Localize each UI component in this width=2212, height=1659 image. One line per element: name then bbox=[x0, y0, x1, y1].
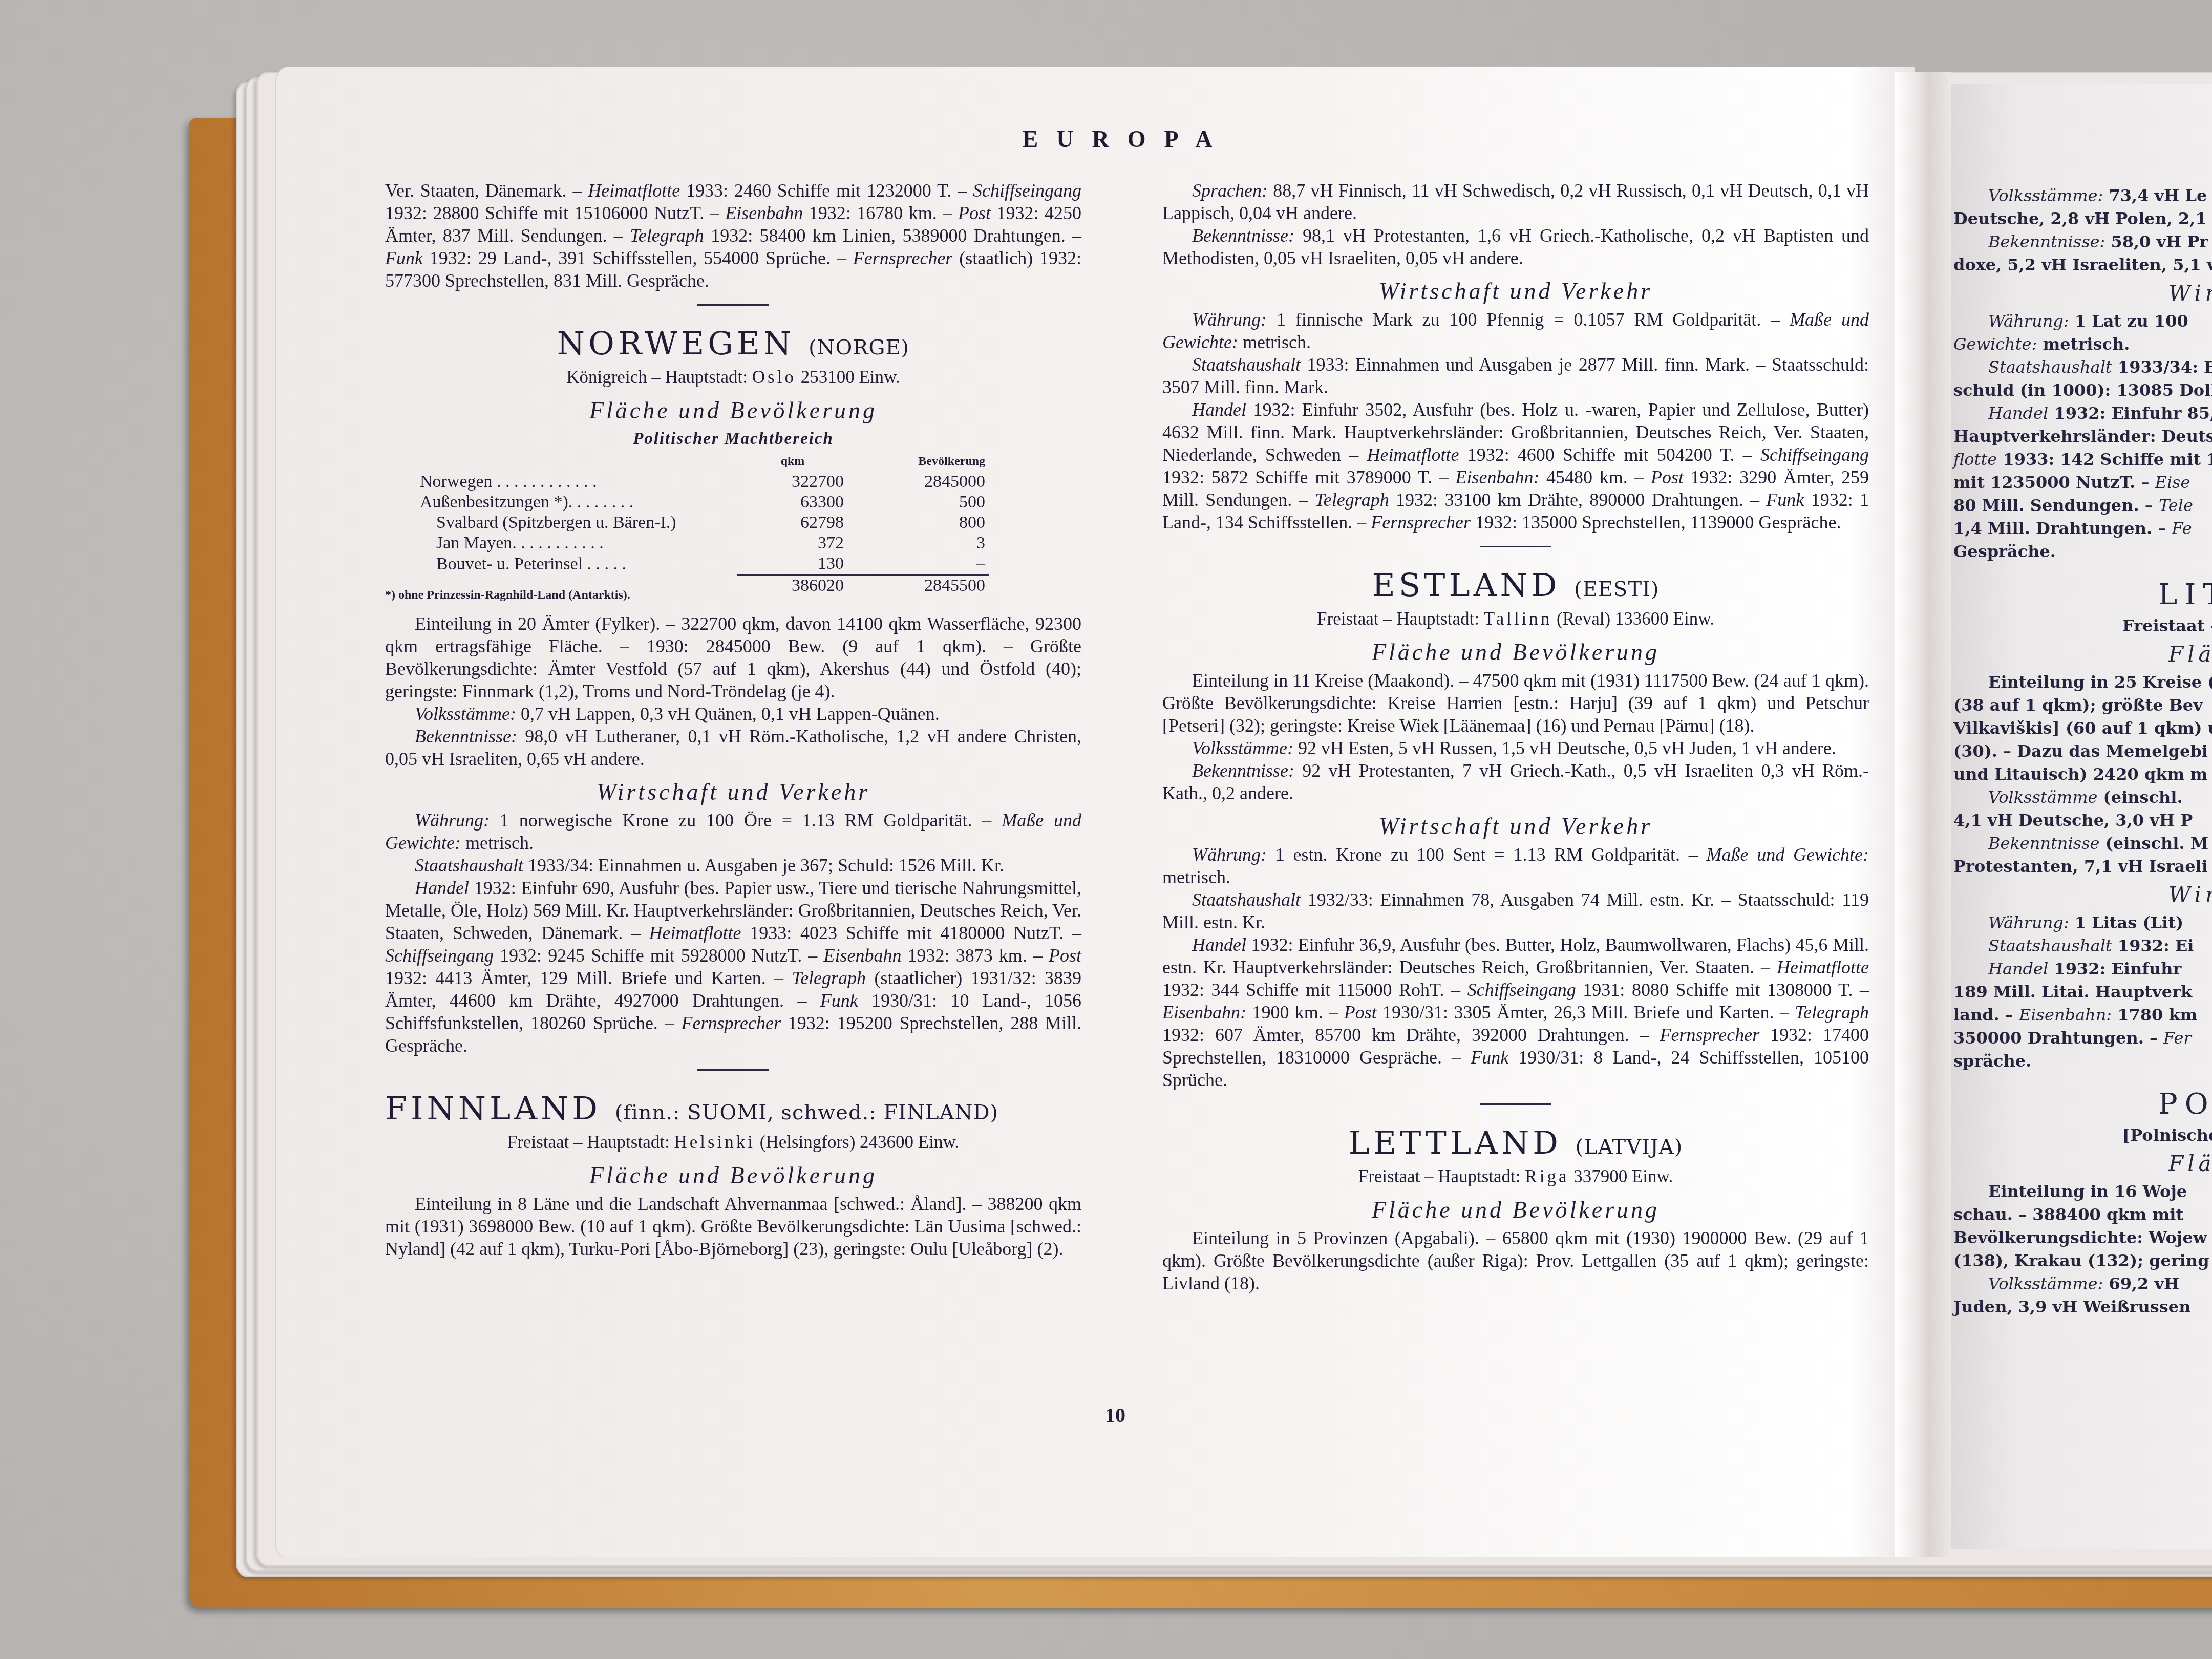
paragraph: Staatshaushalt 1933: Einnahmen und Ausga… bbox=[1162, 353, 1869, 398]
italic-term: Fernsprecher bbox=[1660, 1025, 1760, 1045]
italic-term: Post bbox=[958, 203, 991, 223]
text-line: Bekenntnisse (einschl. M bbox=[1953, 832, 2212, 855]
italic-term: Volksstämme bbox=[1988, 788, 2097, 807]
capital-name: Tallinn bbox=[1484, 609, 1552, 629]
italic-term: Eisenbahn bbox=[823, 945, 901, 966]
italic-term: Schiffseingang bbox=[1760, 444, 1869, 465]
italic-term: Funk bbox=[820, 990, 858, 1011]
capital-population: (Reval) 133600 Einw. bbox=[1552, 609, 1714, 629]
section-heading-area: Fläche und Bevölkerung bbox=[1162, 1196, 1869, 1224]
text-line: Juden, 3,9 vH Weißrussen bbox=[1953, 1295, 2212, 1318]
text-line: Bevölkerungsdichte: Wojew bbox=[1953, 1226, 2212, 1249]
italic-term: Funk bbox=[1471, 1047, 1508, 1068]
country-native-name: (LATVIJA) bbox=[1576, 1135, 1683, 1159]
text-line: Fläch bbox=[1953, 643, 2212, 666]
italic-term: Schiffseingang bbox=[385, 945, 494, 966]
table-cell: – bbox=[848, 554, 989, 575]
text-line: (30). – Dazu das Memelgebi bbox=[1953, 740, 2212, 763]
capital-population: 253100 Einw. bbox=[796, 367, 900, 387]
italic-term: Fernsprecher bbox=[1371, 512, 1471, 533]
book-gutter bbox=[1895, 72, 1951, 1557]
text-line: Fläc bbox=[1953, 1152, 2212, 1175]
italic-term: Staatshaushalt bbox=[1988, 936, 2112, 955]
table-cell: 500 bbox=[848, 492, 989, 513]
text-line: 1,4 Mill. Drahtungen. – Fe bbox=[1953, 517, 2212, 540]
italic-term: Fernsprecher bbox=[681, 1013, 781, 1033]
italic-term: Post bbox=[1049, 945, 1081, 966]
italic-term: flotte bbox=[1953, 450, 1997, 469]
italic-term: Handel bbox=[1192, 399, 1246, 420]
table-cell: 63300 bbox=[737, 492, 848, 513]
italic-term: Eisenbahn: bbox=[1162, 1002, 1246, 1023]
government-type: Königreich – Hauptstadt: bbox=[566, 367, 752, 387]
country-name: NORWEGEN bbox=[557, 325, 795, 362]
table-cell: Außenbesitzungen *). . . . . . . . bbox=[416, 492, 737, 513]
text-line: Staatshaushalt 1933/34: E bbox=[1953, 356, 2212, 379]
country-name: LETTLAND bbox=[1349, 1124, 1562, 1161]
text-line: Gespräche. bbox=[1953, 540, 2212, 563]
section-heading-area: Fläche und Bevölkerung bbox=[385, 1162, 1081, 1189]
paragraph: Handel 1932: Einfuhr 690, Ausfuhr (bes. … bbox=[385, 877, 1081, 1057]
text-line: Hauptverkehrsländer: Deutsc bbox=[1953, 425, 2212, 448]
section-heading-economy: Wirtschaft und Verkehr bbox=[1162, 813, 1869, 840]
country-name: FINNLAND bbox=[385, 1090, 601, 1127]
text-line: Staatshaushalt 1932: Ei bbox=[1953, 934, 2212, 958]
text-line: mit 1235000 NutzT. – Eise bbox=[1953, 471, 2212, 494]
italic-term: Telegraph bbox=[630, 225, 704, 246]
italic-term: Post bbox=[1651, 467, 1684, 487]
text-column-left: Ver. Staaten, Dänemark. – Heimatflotte 1… bbox=[385, 179, 1081, 1260]
table-row: Außenbesitzungen *). . . . . . . .633005… bbox=[416, 492, 989, 513]
running-head: EUROPA bbox=[993, 125, 1260, 153]
italic-term: Währung: bbox=[1988, 913, 2069, 932]
table-cell: Svalbard (Spitzbergen u. Bären-I.) bbox=[416, 513, 737, 533]
capital-name: Helsinki bbox=[674, 1132, 755, 1152]
text-line: LIT bbox=[1953, 579, 2212, 611]
economy-paragraphs: Währung: 1 estn. Krone zu 100 Sent = 1.1… bbox=[1162, 843, 1869, 1091]
subsection-heading: Politischer Machtbereich bbox=[385, 428, 1081, 450]
table-cell: 372 bbox=[737, 533, 848, 554]
section-heading-economy: Wirtschaft und Verkehr bbox=[385, 778, 1081, 806]
area-paragraphs: Einteilung in 5 Provinzen (Apgabali). – … bbox=[1162, 1227, 1869, 1294]
text-line: spräche. bbox=[1953, 1050, 2212, 1073]
page-number: 10 bbox=[1105, 1403, 1125, 1427]
italic-term: Staatshaushalt bbox=[1192, 354, 1301, 375]
italic-term: Währung: bbox=[415, 810, 490, 831]
italic-term: Staatshaushalt bbox=[1988, 357, 2112, 377]
italic-term: Handel bbox=[1988, 403, 2048, 423]
text-line: 4,1 vH Deutsche, 3,0 vH P bbox=[1953, 809, 2212, 832]
economy-paragraphs: Währung: 1 finnische Mark zu 100 Pfennig… bbox=[1162, 308, 1869, 534]
italic-term: Eise bbox=[2155, 473, 2190, 492]
text-line: Freistaat – H bbox=[1953, 614, 2212, 637]
italic-term: Eisenbahn: bbox=[2019, 1005, 2112, 1025]
italic-term: Währung: bbox=[1192, 309, 1267, 330]
table-row: Svalbard (Spitzbergen u. Bären-I.)627988… bbox=[416, 513, 989, 533]
italic-term: Maße und Gewichte: bbox=[385, 810, 1081, 853]
paragraph: Bekenntnisse: 98,1 vH Protestanten, 1,6 … bbox=[1162, 224, 1869, 269]
text-line: und Litauisch) 2420 qkm m bbox=[1953, 763, 2212, 786]
text-line: Protestanten, 7,1 vH Israeli bbox=[1953, 855, 2212, 878]
government-line: Freistaat – Hauptstadt: Riga 337900 Einw… bbox=[1162, 1165, 1869, 1188]
government-line: Freistaat – Hauptstadt: Tallinn (Reval) … bbox=[1162, 608, 1869, 630]
paragraph: Einteilung in 20 Ämter (Fylker). – 32270… bbox=[385, 612, 1081, 703]
italic-term: Bekenntnisse: bbox=[415, 726, 517, 747]
paragraph: Handel 1932: Einfuhr 36,9, Ausfuhr (bes.… bbox=[1162, 933, 1869, 1091]
italic-term: Volksstämme: bbox=[415, 704, 516, 724]
country-title-norwegen: NORWEGEN (NORGE) bbox=[385, 326, 1081, 365]
italic-term: Maße und Gewichte: bbox=[1162, 309, 1869, 352]
table-cell: 800 bbox=[848, 513, 989, 533]
italic-term: Währung: bbox=[1192, 844, 1267, 865]
table-row: Jan Mayen. . . . . . . . . . .3723 bbox=[416, 533, 989, 554]
section-divider bbox=[697, 304, 769, 306]
italic-term: Post bbox=[1344, 1002, 1377, 1023]
section-divider bbox=[1480, 546, 1551, 547]
capital-name: Riga bbox=[1525, 1166, 1569, 1186]
country-native-name: (NORGE) bbox=[809, 336, 909, 359]
section-heading-area: Fläche und Bevölkerung bbox=[1162, 639, 1869, 666]
table-header: Bevölkerung bbox=[848, 451, 989, 472]
italic-term: Funk bbox=[1766, 490, 1804, 510]
paragraph: Handel 1932: Einfuhr 3502, Ausfuhr (bes.… bbox=[1162, 398, 1869, 534]
text-line: POLEN bbox=[1953, 1088, 2212, 1121]
italic-term: Telegraph bbox=[1315, 490, 1389, 510]
text-line: Deutsche, 2,8 vH Polen, 2,1 v bbox=[1953, 207, 2212, 230]
table-cell: 2845000 bbox=[848, 472, 989, 492]
italic-term: Fer bbox=[2163, 1028, 2192, 1048]
italic-term: Maße und Gewichte: bbox=[1707, 844, 1869, 865]
italic-term: Heimatflotte bbox=[1367, 444, 1459, 465]
table-cell: 130 bbox=[737, 554, 848, 575]
italic-term: Telegraph bbox=[792, 968, 866, 988]
text-line: 350000 Drahtungen. – Fer bbox=[1953, 1027, 2212, 1050]
government-type: Freistaat – Hauptstadt: bbox=[507, 1132, 674, 1152]
text-line: doxe, 5,2 vH Israeliten, 5,1 v bbox=[1953, 253, 2212, 276]
country-name: ESTLAND bbox=[1372, 566, 1560, 604]
area-paragraphs: Einteilung in 20 Ämter (Fylker). – 32270… bbox=[385, 612, 1081, 770]
italic-term: Schiffseingang bbox=[1467, 980, 1576, 1000]
italic-term: Schiffseingang bbox=[973, 180, 1081, 201]
section-divider bbox=[1480, 1103, 1551, 1105]
italic-term: Staatshaushalt bbox=[415, 855, 523, 876]
italic-term: Gewichte: bbox=[1953, 334, 2037, 354]
paragraph: Volksstämme: 0,7 vH Lappen, 0,3 vH Quäne… bbox=[385, 703, 1081, 725]
area-paragraphs: Einteilung in 8 Läne und die Landschaft … bbox=[385, 1193, 1081, 1260]
italic-term: Fe bbox=[2172, 519, 2192, 538]
capital-name: Oslo bbox=[752, 367, 796, 387]
area-paragraphs: Einteilung in 11 Kreise (Maakond). – 475… bbox=[1162, 669, 1869, 804]
paragraph: Staatshaushalt 1932/33: Einnahmen 78, Au… bbox=[1162, 888, 1869, 933]
country-title-estland: ESTLAND (EESTI) bbox=[1162, 568, 1869, 607]
paragraph: Währung: 1 estn. Krone zu 100 Sent = 1.1… bbox=[1162, 843, 1869, 888]
italic-term: Bekenntnisse bbox=[1988, 834, 2099, 853]
table-row: Norwegen . . . . . . . . . . . .32270028… bbox=[416, 472, 989, 492]
italic-term: Fernsprecher bbox=[853, 248, 953, 268]
italic-term: Heimatflotte bbox=[1777, 957, 1869, 977]
table-cell: 62798 bbox=[737, 513, 848, 533]
finnland-continuation-paragraphs: Sprachen: 88,7 vH Finnisch, 11 vH Schwed… bbox=[1162, 179, 1869, 269]
capital-population: 337900 Einw. bbox=[1569, 1166, 1673, 1186]
italic-term: Bekenntnisse: bbox=[1192, 225, 1294, 246]
capital-population: (Helsingfors) 243600 Einw. bbox=[755, 1132, 959, 1152]
government-line: Königreich – Hauptstadt: Oslo 253100 Ein… bbox=[385, 366, 1081, 389]
table-header bbox=[416, 451, 737, 472]
text-line: Einteilung in 25 Kreise ( bbox=[1953, 671, 2212, 694]
italic-term: Volksstämme: bbox=[1988, 186, 2103, 205]
text-line: [Polnischer Freistaat] bbox=[1953, 1124, 2212, 1147]
paragraph: Währung: 1 norwegische Krone zu 100 Öre … bbox=[385, 809, 1081, 854]
italic-term: Volksstämme: bbox=[1192, 738, 1293, 758]
italic-term: Handel bbox=[1988, 959, 2048, 979]
paragraph: Einteilung in 5 Provinzen (Apgabali). – … bbox=[1162, 1227, 1869, 1294]
text-line: land. – Eisenbahn: 1780 km bbox=[1953, 1004, 2212, 1027]
italic-term: Heimatflotte bbox=[588, 180, 680, 201]
text-line: (38 auf 1 qkm); größte Bev bbox=[1953, 694, 2212, 717]
text-line: Wirts bbox=[1953, 282, 2212, 305]
paragraph: Bekenntnisse: 98,0 vH Lutheraner, 0,1 vH… bbox=[385, 725, 1081, 770]
section-heading-area: Fläche und Bevölkerung bbox=[385, 397, 1081, 424]
paragraph: Staatshaushalt 1933/34: Einnahmen u. Aus… bbox=[385, 854, 1081, 877]
text-column-right: Sprachen: 88,7 vH Finnisch, 11 vH Schwed… bbox=[1162, 179, 1869, 1294]
text-line: (138), Krakau (132); gering bbox=[1953, 1249, 2212, 1272]
paragraph: Währung: 1 finnische Mark zu 100 Pfennig… bbox=[1162, 308, 1869, 353]
italic-term: Volksstämme: bbox=[1988, 1274, 2103, 1293]
text-line: Handel 1932: Einfuhr 85, bbox=[1953, 402, 2212, 425]
country-native-name: (EESTI) bbox=[1574, 578, 1660, 601]
table-cell: Norwegen . . . . . . . . . . . . bbox=[416, 472, 737, 492]
table-cell: Jan Mayen. . . . . . . . . . . bbox=[416, 533, 737, 554]
government-type: Freistaat – Hauptstadt: bbox=[1358, 1166, 1525, 1186]
italic-term: Bekenntnisse: bbox=[1192, 760, 1294, 781]
government-type: Freistaat – Hauptstadt: bbox=[1317, 609, 1484, 629]
text-line: Volksstämme (einschl. bbox=[1953, 786, 2212, 809]
country-native-name: (finn.: SUOMI, schwed.: FINLAND) bbox=[615, 1101, 999, 1124]
text-line: Volksstämme: 73,4 vH Le bbox=[1953, 184, 2212, 207]
table-row: Bouvet- u. Peterinsel . . . . .130– bbox=[416, 554, 989, 575]
paragraph: Einteilung in 8 Läne und die Landschaft … bbox=[385, 1193, 1081, 1260]
area-population-table: qkm Bevölkerung Norwegen . . . . . . . .… bbox=[416, 451, 989, 596]
text-line: Vilkaviškis] (60 auf 1 qkm) u bbox=[1953, 717, 2212, 740]
text-line: Währung: 1 Lat zu 100 bbox=[1953, 310, 2212, 333]
text-line: 80 Mill. Sendungen. – Tele bbox=[1953, 494, 2212, 517]
italic-term: Tele bbox=[2159, 496, 2193, 515]
italic-term: Handel bbox=[415, 878, 469, 898]
text-line: Gewichte: metrisch. bbox=[1953, 333, 2212, 356]
country-title-lettland: LETTLAND (LATVIJA) bbox=[1162, 1125, 1869, 1164]
table-header: qkm bbox=[737, 451, 848, 472]
italic-term: Staatshaushalt bbox=[1192, 889, 1301, 910]
italic-term: Sprachen: bbox=[1192, 180, 1268, 201]
country-title-finnland: FINNLAND (finn.: SUOMI, schwed.: FINLAND… bbox=[385, 1091, 1081, 1130]
table-cell: Bouvet- u. Peterinsel . . . . . bbox=[416, 554, 737, 575]
table-cell: 322700 bbox=[737, 472, 848, 492]
text-line: Volksstämme: 69,2 vH bbox=[1953, 1272, 2212, 1295]
text-line: Bekenntnisse: 58,0 vH Pr bbox=[1953, 230, 2212, 253]
italic-term: Handel bbox=[1192, 934, 1246, 955]
italic-term: Eisenbahn bbox=[725, 203, 803, 223]
text-line: Einteilung in 16 Woje bbox=[1953, 1180, 2212, 1203]
text-line: Währung: 1 Litas (Lit) bbox=[1953, 911, 2212, 934]
government-line: Freistaat – Hauptstadt: Helsinki (Helsin… bbox=[385, 1131, 1081, 1154]
section-heading-economy: Wirtschaft und Verkehr bbox=[1162, 278, 1869, 305]
text-line: flotte 1933: 142 Schiffe mit 11 bbox=[1953, 448, 2212, 471]
italic-term: Eisenbahn: bbox=[1455, 467, 1539, 487]
economy-paragraphs: Währung: 1 norwegische Krone zu 100 Öre … bbox=[385, 809, 1081, 1057]
right-page-text-partial: Volksstämme: 73,4 vH LeDeutsche, 2,8 vH … bbox=[1953, 184, 2212, 1318]
paragraph: Sprachen: 88,7 vH Finnisch, 11 vH Schwed… bbox=[1162, 179, 1869, 224]
section-divider bbox=[697, 1069, 769, 1071]
text-line: Handel 1932: Einfuhr bbox=[1953, 958, 2212, 981]
paragraph-continuation: Ver. Staaten, Dänemark. – Heimatflotte 1… bbox=[385, 179, 1081, 292]
italic-term: Währung: bbox=[1988, 311, 2069, 331]
table-cell: 3 bbox=[848, 533, 989, 554]
text-line: schau. – 388400 qkm mit bbox=[1953, 1203, 2212, 1226]
italic-term: Funk bbox=[385, 248, 423, 268]
text-line: Wirt bbox=[1953, 883, 2212, 906]
paragraph: Volksstämme: 92 vH Esten, 5 vH Russen, 1… bbox=[1162, 737, 1869, 759]
italic-term: Heimatflotte bbox=[649, 923, 741, 943]
italic-term: Bekenntnisse: bbox=[1988, 232, 2105, 251]
text-line: 189 Mill. Litai. Hauptverk bbox=[1953, 981, 2212, 1004]
paragraph: Bekenntnisse: 92 vH Protestanten, 7 vH G… bbox=[1162, 759, 1869, 804]
italic-term: Telegraph bbox=[1795, 1002, 1869, 1023]
paragraph: Einteilung in 11 Kreise (Maakond). – 475… bbox=[1162, 669, 1869, 737]
text-line: schuld (in 1000): 13085 Dolla bbox=[1953, 379, 2212, 402]
